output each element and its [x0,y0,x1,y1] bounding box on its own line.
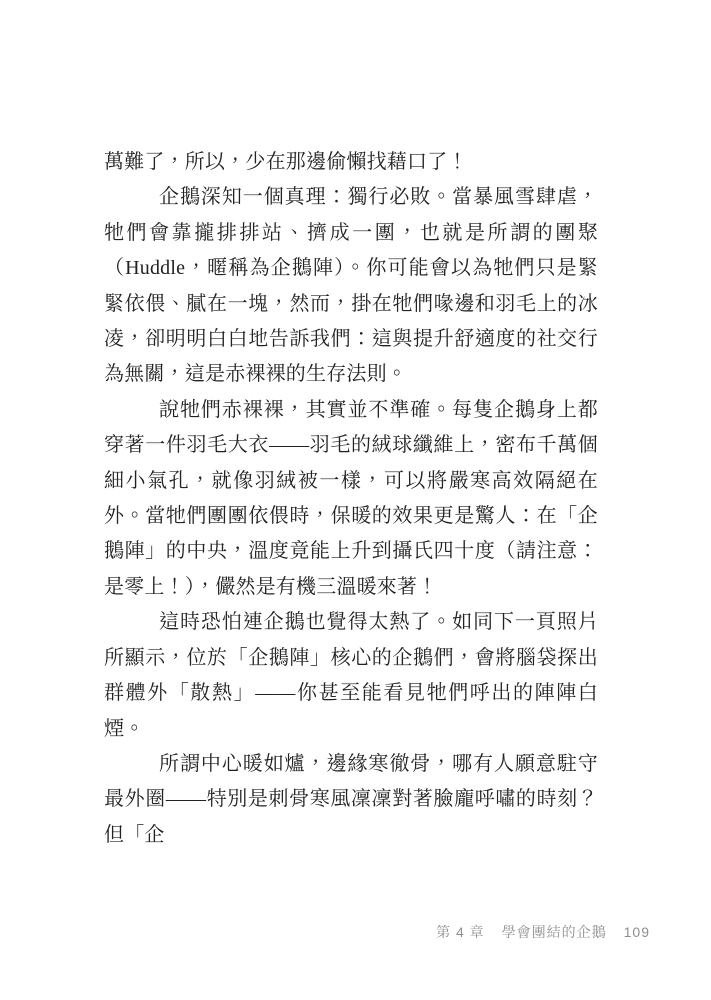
chapter-title: 學會團結的企鵝 [502,922,607,942]
page-footer: 第 4 章 學會團結的企鵝 109 [436,922,650,942]
paragraph: 所謂中心暖如爐，邊緣寒徹骨，哪有人願意駐守最外圈——特別是刺骨寒風凜凜對著臉龐呼… [104,747,598,853]
book-page: 萬難了，所以，少在那邊偷懶找藉口了！企鵝深知一個真理：獨行必敗。當暴風雪肆虐，牠… [0,0,711,1000]
body-text: 萬難了，所以，少在那邊偷懶找藉口了！企鵝深知一個真理：獨行必敗。當暴風雪肆虐，牠… [104,145,598,853]
paragraph: 萬難了，所以，少在那邊偷懶找藉口了！ [104,145,598,180]
paragraph: 企鵝深知一個真理：獨行必敗。當暴風雪肆虐，牠們會靠攏排排站、擠成一團，也就是所謂… [104,180,598,392]
chapter-label: 第 4 章 [436,922,485,942]
paragraph: 說牠們赤裸裸，其實並不準確。每隻企鵝身上都穿著一件羽毛大衣——羽毛的絨球纖維上，… [104,393,598,605]
paragraph: 這時恐怕連企鵝也覺得太熱了。如同下一頁照片所顯示，位於「企鵝陣」核心的企鵝們，會… [104,605,598,747]
page-number: 109 [624,924,650,940]
